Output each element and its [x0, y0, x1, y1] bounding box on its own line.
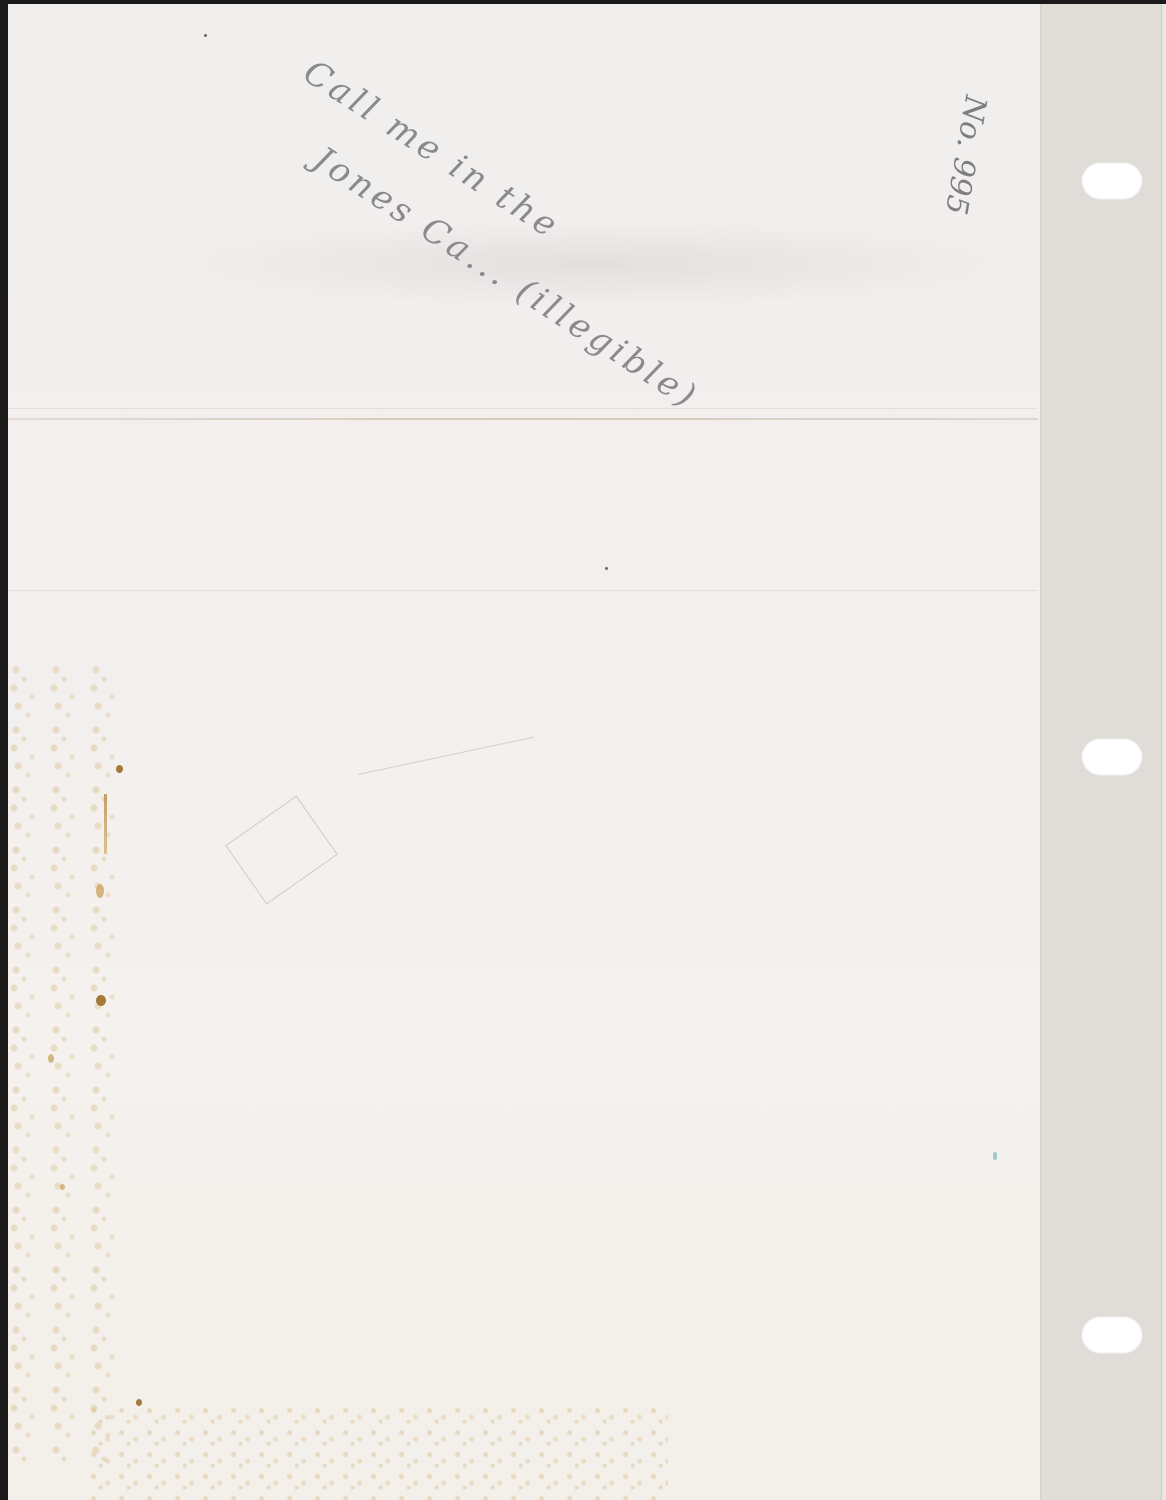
- fold-line-upper: [8, 408, 1038, 409]
- pencil-stroke: [358, 737, 534, 775]
- stain-spot: [96, 884, 104, 898]
- stain-streak: [104, 794, 107, 854]
- binder-hole-top: [1081, 162, 1143, 200]
- binder-strip: [1040, 4, 1166, 1500]
- document-number: No. 995: [938, 93, 993, 217]
- stain-spot: [60, 1184, 65, 1190]
- stain-spot: [116, 765, 123, 773]
- smudge: [148, 219, 1038, 309]
- speck: [605, 567, 608, 570]
- stain-spot: [48, 1054, 54, 1063]
- stain-spot: [96, 995, 106, 1006]
- foxing-stains-left: [8, 664, 118, 1464]
- ink-speck: [993, 1152, 997, 1160]
- binder-hole-middle: [1081, 738, 1143, 776]
- foxing-stains-bottom: [88, 1404, 668, 1500]
- stain-spot: [136, 1399, 142, 1406]
- binder-hole-bottom: [1081, 1316, 1143, 1354]
- document-page: Call me in the Jones Ca... (illegible) N…: [8, 4, 1166, 1500]
- pencil-doodle: [176, 768, 370, 950]
- speck: [204, 34, 207, 37]
- strip-edge: [1161, 4, 1166, 1500]
- fold-line-lower: [8, 590, 1038, 591]
- fold-line: [8, 418, 1038, 420]
